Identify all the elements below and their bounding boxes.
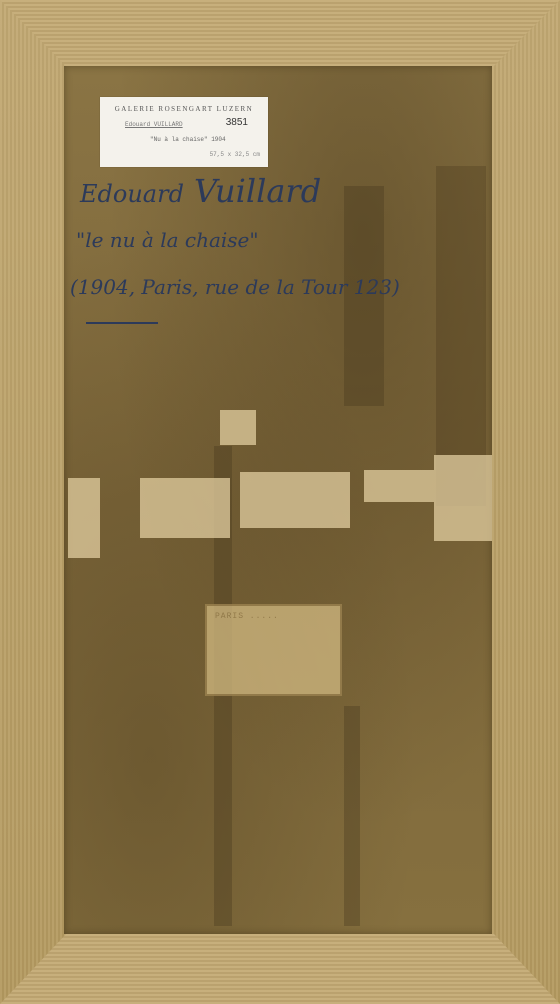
stamp-text: PARIS ..... — [215, 612, 279, 621]
inscription-last-name: Vuillard — [194, 172, 321, 210]
paper-residue — [220, 410, 256, 445]
stencil-stamp: PARIS ..... — [205, 604, 342, 696]
inventory-number: 3851 — [226, 117, 248, 128]
frame-bottom-rail — [0, 934, 560, 1004]
paper-residue — [68, 478, 100, 558]
stain — [344, 706, 360, 926]
inscription-date-place: (1904, Paris, rue de la Tour 123) — [70, 275, 400, 299]
inscription-first-name: Edouard — [80, 180, 184, 208]
paper-residue — [240, 472, 350, 528]
inscription-artist: EdouardVuillard — [80, 172, 321, 210]
gallery-label: GALERIE ROSENGART LUZERN Edouard VUILLAR… — [100, 97, 268, 167]
inscription-title: "le nu à la chaise" — [76, 228, 259, 252]
paper-residue — [364, 470, 434, 502]
paper-residue — [140, 478, 230, 538]
label-title: "Nu à la chaise" 1904 — [150, 136, 226, 143]
gallery-name: GALERIE ROSENGART LUZERN — [100, 105, 268, 113]
paper-residue — [434, 455, 492, 541]
inscription-underline — [86, 322, 158, 324]
label-dimensions: 57,5 x 32,5 cm — [210, 151, 260, 158]
frame-top-rail — [0, 0, 560, 66]
label-artist: Edouard VUILLARD — [125, 121, 183, 128]
